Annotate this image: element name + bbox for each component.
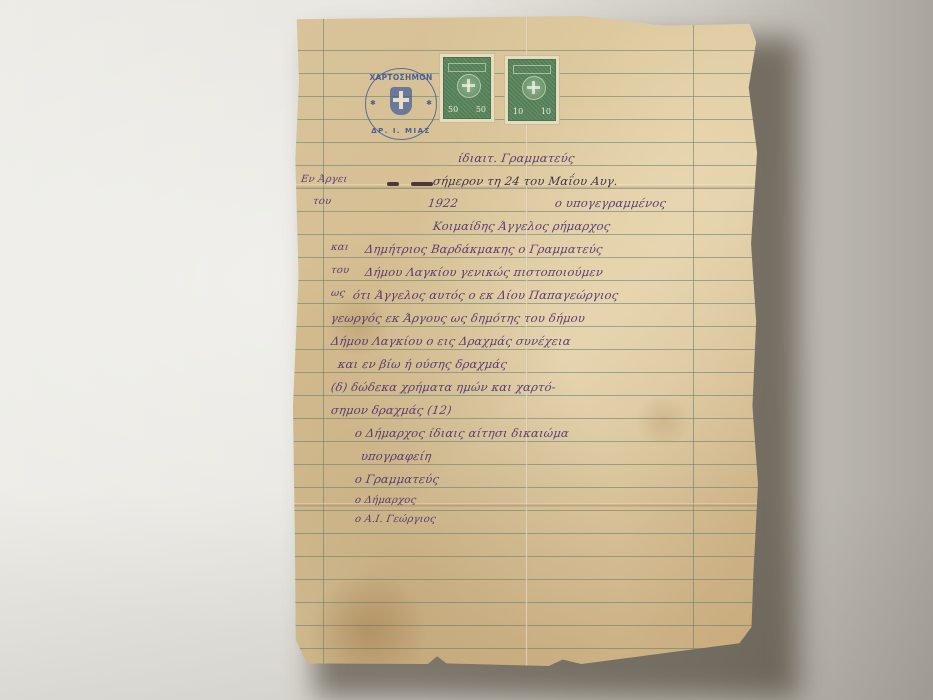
star-icon: ✱	[370, 99, 376, 107]
handwritten-line: Δημήτριος Βαρδάκμακης ο Γραμματεύς	[364, 242, 604, 256]
revenue-seal: ΧΑΡΤΟΣΗΜΟΝ ✱ ✱ ΔΡ. Ι. ΜΙΑΣ	[365, 68, 437, 140]
ink-blot	[387, 182, 399, 186]
handwritten-line: γεωργός εκ Άργους ως δημότης του δήμου	[330, 311, 586, 325]
handwritten-line: ο Δήμαρχος ίδιαις αίτησι δικαιώμα	[354, 426, 570, 440]
handwritten-line: υπογραφείη	[360, 449, 432, 463]
handwritten-line: Δήμου Λαγκίου ο εις Δραχμάς συνέχεια	[330, 334, 572, 348]
seal-bottom-text: ΔΡ. Ι. ΜΙΑΣ	[366, 127, 436, 135]
handwritten-margin: του	[330, 265, 350, 276]
handwritten-line: και εν βίω ή ούσης δραχμάς	[337, 357, 508, 371]
stamp-value: 50	[448, 105, 458, 114]
star-icon: ✱	[426, 99, 432, 107]
handwritten-margin: και	[330, 242, 349, 253]
seal-top-text: ΧΑΡΤΟΣΗΜΟΝ	[366, 73, 436, 82]
stamp-value: 10	[541, 107, 551, 116]
handwritten-year: 1922	[427, 196, 459, 210]
handwritten-margin: ως	[330, 288, 346, 299]
stamp-value: 10	[513, 107, 523, 116]
handwritten-line: (δ) δώδεκα χρήματα ημών και χαρτό-	[330, 380, 557, 394]
handwritten-line: σημον δραχμάς (12)	[330, 403, 453, 417]
handwritten-margin: Εν Άργει	[300, 174, 348, 185]
handwritten-signature-label: ο Δήμαρχος	[354, 495, 417, 506]
coat-of-arms-icon	[457, 74, 481, 98]
stamp-value: 50	[476, 105, 486, 114]
handwritten-line: Κοιμαίδης Άγγελος ρήμαρχος	[432, 219, 611, 233]
stamp-frame	[448, 63, 486, 72]
revenue-stamp-50: 50 50	[440, 54, 494, 122]
handwritten-line: σήμερον τη 24 του Μαΐου Αυγ.	[432, 174, 619, 188]
handwritten-line: ότι Άγγελος αυτός ο εκ Δίου Παπαγεώργιος	[352, 288, 619, 302]
document-paper: ΧΑΡΤΟΣΗΜΟΝ ✱ ✱ ΔΡ. Ι. ΜΙΑΣ 50 50 10 10 ί…	[293, 16, 758, 666]
left-margin-line	[323, 16, 324, 666]
handwritten-signature: ο Α.Ι. Γεώργιος	[354, 514, 436, 525]
handwritten-margin: του	[312, 196, 332, 207]
water-stain	[633, 396, 693, 446]
handwritten-line: Δήμου Λαγκίου γενικώς πιστοποιούμεν	[364, 265, 604, 279]
revenue-stamp-10: 10 10	[505, 56, 559, 124]
handwritten-line: ο υπογεγραμμένος	[554, 196, 667, 210]
coat-of-arms-icon	[522, 76, 546, 100]
handwritten-signature-label: ο Γραμματεύς	[354, 472, 440, 486]
right-margin-line	[693, 16, 694, 666]
ink-blot	[411, 182, 433, 186]
coat-of-arms-icon	[390, 87, 412, 115]
handwritten-line: ίδιαιτ. Γραμματεύς	[457, 151, 576, 165]
stamp-frame	[513, 65, 551, 74]
